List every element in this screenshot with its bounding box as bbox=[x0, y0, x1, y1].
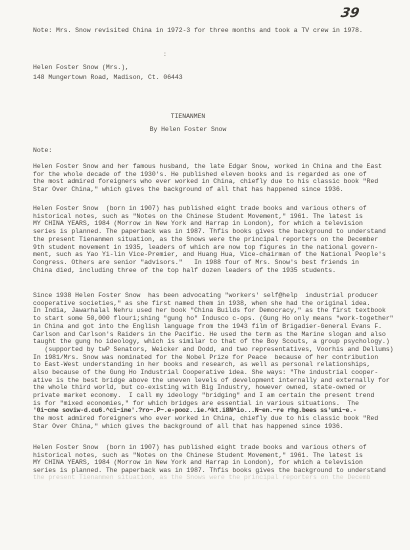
paragraph-3-bottom: the most admired foreigners who ever wor… bbox=[33, 415, 378, 430]
sender-name: Helen Foster Snow (Mrs.), bbox=[33, 64, 129, 72]
document-title: TIENANMEN bbox=[33, 113, 343, 121]
top-note: Note: Mrs. Snow revisited China in 1972-… bbox=[33, 27, 363, 35]
faint-ghost-line: the present Tienanmen situation, as the … bbox=[33, 474, 370, 482]
note-label: Note: bbox=[33, 147, 52, 155]
paragraph-1: Helen Foster Snow and her famous husband… bbox=[33, 163, 382, 194]
paragraph-3-top: Since 1938 Helen Foster Snow has been ad… bbox=[33, 292, 394, 408]
paragraph-3-overstruck-line: '0i~cne soviw-d.cu6.^ci~ine'.?ro~.P~.e-p… bbox=[33, 407, 357, 415]
byline: By Helen Foster Snow bbox=[33, 126, 343, 134]
document-page: 39 Note: Mrs. Snow revisited China in 19… bbox=[0, 0, 410, 550]
handwritten-page-number: 39 bbox=[340, 6, 361, 21]
stray-mark: : bbox=[163, 51, 167, 59]
sender-address: 148 Mungertown Road, Madison, Ct. 06443 bbox=[33, 74, 183, 82]
paragraph-2: Helen Foster Snow (born in 1907) has pub… bbox=[33, 205, 386, 274]
paragraph-4: Helen Foster Snow (born in 1907) has pub… bbox=[33, 444, 386, 475]
